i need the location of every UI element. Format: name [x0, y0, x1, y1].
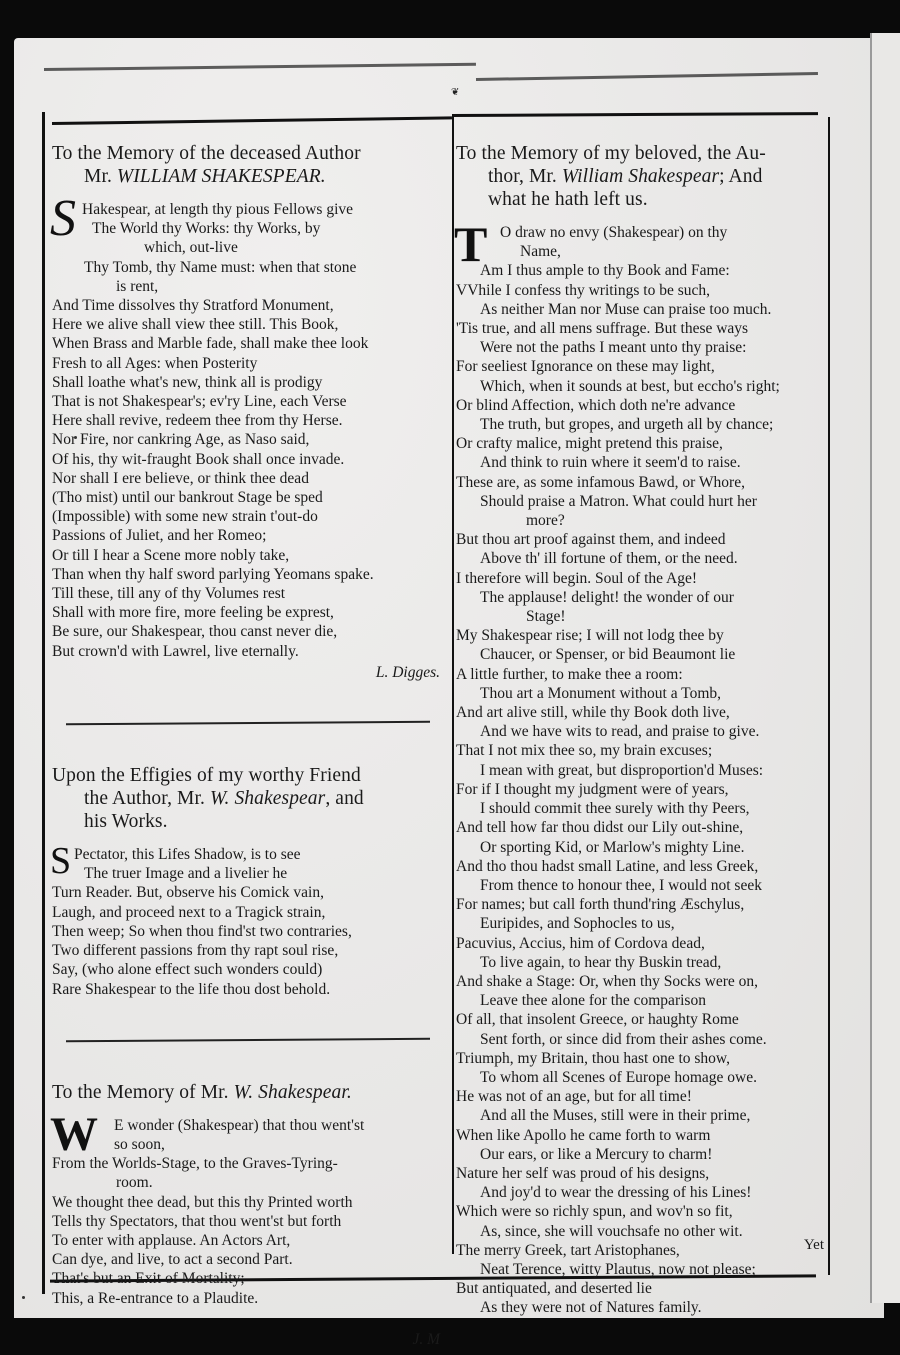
verse-line: Or blind Affection, which doth ne're adv…: [456, 396, 828, 415]
verse-line: Of all, that insolent Greece, or haughty…: [456, 1010, 828, 1029]
verse-line: This, a Re-entrance to a Plaudite.: [52, 1289, 444, 1308]
scan-speck: [74, 436, 77, 439]
verse-line: And Time dissolves thy Stratford Monumen…: [52, 296, 444, 315]
poem-title: To the Memory of Mr. W. Shakespear.: [52, 1081, 444, 1104]
author-name: W. Shakespear: [210, 788, 325, 809]
verse-line: The World thy Works: thy Works, by: [52, 219, 444, 238]
title-line: the Author, Mr. W. Shakespear, and: [52, 787, 444, 810]
verse-line: Nor shall I ere believe, or think thee d…: [52, 469, 444, 488]
verse-line: room.: [52, 1173, 444, 1192]
verse-line: From the Worlds-Stage, to the Graves-Tyr…: [52, 1154, 444, 1173]
frame-top-rule-right: [452, 112, 818, 117]
verse-line: Or sporting Kid, or Marlow's mighty Line…: [456, 838, 828, 857]
verse-line: Or till I hear a Scene more nobly take,: [52, 546, 444, 565]
verse-line: And tho thou hadst small Latine, and les…: [456, 857, 828, 876]
verse-line: A little further, to make thee a room:: [456, 665, 828, 684]
section-divider: [66, 1037, 430, 1042]
poem-effigies: Upon the Effigies of my worthy Friend th…: [52, 764, 444, 999]
verse-line: These are, as some infamous Bawd, or Who…: [456, 473, 828, 492]
verse-line: Two different passions from thy rapt sou…: [52, 941, 444, 960]
poem-digges: To the Memory of the deceased Author Mr.…: [52, 142, 444, 682]
verse-line: Nature her self was proud of his designs…: [456, 1164, 828, 1183]
title-line: To the Memory of the deceased Author: [52, 143, 361, 164]
verse-line: For seeliest Ignorance on these may ligh…: [456, 357, 828, 376]
verse-line: The truer Image and a livelier he: [52, 864, 444, 883]
verse-line: As neither Man nor Muse can praise too m…: [456, 300, 828, 319]
verse-line: Here we alive shall view thee still. Thi…: [52, 315, 444, 334]
verse-line: Chaucer, or Spenser, or bid Beaumont lie: [456, 645, 828, 664]
verse-line: Can dye, and live, to act a second Part.: [52, 1250, 444, 1269]
poem-title: To the Memory of the deceased Author Mr.…: [52, 142, 444, 188]
poem-body: W E wonder (Shakespear) that thou went's…: [52, 1116, 444, 1349]
poem-jm: To the Memory of Mr. W. Shakespear. W E …: [52, 1081, 444, 1349]
verse-line: Laugh, and proceed next to a Tragick str…: [52, 903, 444, 922]
verse-line: Say, (who alone effect such wonders coul…: [52, 960, 444, 979]
verse-line: Be sure, our Shakespear, thou canst neve…: [52, 622, 444, 641]
verse-line: Above th' ill fortune of them, or the ne…: [456, 549, 828, 568]
verse-line: Euripides, and Sophocles to us,: [456, 914, 828, 933]
verse-line: And tell how far thou didst our Lily out…: [456, 818, 828, 837]
verse-line: so soon,: [52, 1135, 444, 1154]
verse-line: E wonder (Shakespear) that thou went'st: [52, 1116, 444, 1135]
verse-line: To enter with applause. An Actors Art,: [52, 1231, 444, 1250]
verse-line: And think to ruin where it seem'd to rai…: [456, 453, 828, 472]
verse-line: VVhile I confess thy writings to be such…: [456, 281, 828, 300]
verse-line: And we have wits to read, and praise to …: [456, 722, 828, 741]
verse-line: I mean with great, but disproportion'd M…: [456, 761, 828, 780]
verse-line: But thou art proof against them, and ind…: [456, 530, 828, 549]
verse-line: is rent,: [52, 277, 444, 296]
verse-line: 'Tis true, and all mens suffrage. But th…: [456, 319, 828, 338]
verse-line: I should commit thee surely with thy Pee…: [456, 799, 828, 818]
verse-line: Pacuvius, Accius, him of Cordova dead,: [456, 934, 828, 953]
ornament-icon: ❦: [451, 87, 459, 98]
verse-line: Which were so richly spun, and wov'n so …: [456, 1202, 828, 1221]
verse-line: (Tho mist) until our bankrout Stage be s…: [52, 488, 444, 507]
section-divider: [66, 721, 430, 726]
verse-line: Were not the paths I meant unto thy prai…: [456, 338, 828, 357]
verse-line: Till these, till any of thy Volumes rest: [52, 584, 444, 603]
verse-line: Leave thee alone for the comparison: [456, 991, 828, 1010]
dropcap-letter: S: [50, 843, 71, 879]
verse-line: For if I thought my judgment were of yea…: [456, 780, 828, 799]
verse-line: That's but an Exit of Mortality;: [52, 1269, 444, 1288]
verse-line: Here shall revive, redeem thee from thy …: [52, 411, 444, 430]
verse-line: But antiquated, and deserted lie: [456, 1279, 828, 1298]
verse-line: Nor Fire, nor cankring Age, as Naso said…: [52, 430, 444, 449]
poem-title: To the Memory of my beloved, the Au- tho…: [456, 142, 828, 211]
author-name: WILLIAM SHAKESPEAR.: [117, 166, 326, 187]
verse-line: As they were not of Natures family.: [456, 1298, 828, 1317]
verse-line: And joy'd to wear the dressing of his Li…: [456, 1183, 828, 1202]
verse-line: Passions of Juliet, and her Romeo;: [52, 526, 444, 545]
verse-line: We thought thee dead, but this thy Print…: [52, 1193, 444, 1212]
verse-line: Thy Tomb, thy Name must: when that stone: [52, 258, 444, 277]
left-column: To the Memory of the deceased Author Mr.…: [52, 142, 444, 1349]
page-edge: [870, 33, 900, 1303]
verse-line: I therefore will begin. Soul of the Age!: [456, 569, 828, 588]
verse-line: Stage!: [456, 607, 828, 626]
verse-line: Fresh to all Ages: when Posterity: [52, 354, 444, 373]
verse-line: Rare Shakespear to the life thou dost be…: [52, 980, 444, 999]
verse-line: Pectator, this Lifes Shadow, is to see: [52, 845, 444, 864]
verse-line: Shall loathe what's new, think all is pr…: [52, 373, 444, 392]
verse-line: That is not Shakespear's; ev'ry Line, ea…: [52, 392, 444, 411]
verse-line: Turn Reader. But, observe his Comick vai…: [52, 883, 444, 902]
verse-line: Name,: [456, 242, 828, 261]
verse-line: more?: [456, 511, 828, 530]
poem-title: Upon the Effigies of my worthy Friend th…: [52, 764, 444, 833]
poem-body: S Pectator, this Lifes Shadow, is to see…: [52, 845, 444, 999]
verse-line: And shake a Stage: Or, when thy Socks we…: [456, 972, 828, 991]
verse-line: For names; but call forth thund'ring Æsc…: [456, 895, 828, 914]
signature: J. M: [52, 1330, 444, 1349]
verse-line: The truth, but gropes, and urgeth all by…: [456, 415, 828, 434]
frame-right-border: [828, 117, 830, 1275]
title-line: Upon the Effigies of my worthy Friend: [52, 765, 361, 786]
title-line: To the Memory of my beloved, the Au-: [456, 143, 766, 164]
verse-line: And art alive still, while thy Book doth…: [456, 703, 828, 722]
verse-line: And all the Muses, still were in their p…: [456, 1106, 828, 1125]
verse-line: Our ears, or like a Mercury to charm!: [456, 1145, 828, 1164]
verse-line: From thence to honour thee, I would not …: [456, 876, 828, 895]
dropcap-letter: T: [454, 223, 487, 265]
verse-line: To whom all Scenes of Europe homage owe.: [456, 1068, 828, 1087]
title-line: Mr. WILLIAM SHAKESPEAR.: [52, 165, 444, 188]
verse-line: The applause! delight! the wonder of our: [456, 588, 828, 607]
title-line: thor, Mr. William Shakespear; And: [456, 165, 828, 188]
verse-line: O draw no envy (Shakespear) on thy: [456, 223, 828, 242]
frame-top-rule-left: [52, 116, 452, 125]
scan-speck: [22, 1296, 25, 1299]
verse-line: The merry Greek, tart Aristophanes,: [456, 1241, 828, 1260]
verse-line: Should praise a Matron. What could hurt …: [456, 492, 828, 511]
verse-line: That I not mix thee so, my brain excuses…: [456, 741, 828, 760]
verse-line: Then weep; So when thou find'st two cont…: [52, 922, 444, 941]
dropcap-letter: S: [50, 198, 76, 240]
column-divider: [452, 114, 454, 1254]
author-name: William Shakespear: [562, 166, 719, 187]
verse-line: Hakespear, at length thy pious Fellows g…: [52, 200, 444, 219]
verse-line: My Shakespear rise; I will not lodg thee…: [456, 626, 828, 645]
right-column: To the Memory of my beloved, the Au- tho…: [456, 142, 828, 1318]
poem-body: S Hakespear, at length thy pious Fellows…: [52, 200, 444, 682]
verse-line: As, since, she will vouchsafe no other w…: [456, 1222, 828, 1241]
title-line: what he hath left us.: [456, 188, 828, 211]
frame-left-border: [42, 112, 45, 1294]
verse-line: But crown'd with Lawrel, live eternally.: [52, 642, 444, 661]
catchword: Yet: [804, 1237, 824, 1254]
poem-body: T O draw no envy (Shakespear) on thyName…: [456, 223, 828, 1318]
verse-line: When Brass and Marble fade, shall make t…: [52, 334, 444, 353]
verse-line: Am I thus ample to thy Book and Fame:: [456, 261, 828, 280]
text-frame: To the Memory of the deceased Author Mr.…: [42, 112, 830, 1294]
verse-line: To live again, to hear thy Buskin tread,: [456, 953, 828, 972]
author-name: W. Shakespear.: [234, 1082, 352, 1103]
poem-jonson: To the Memory of my beloved, the Au- tho…: [456, 142, 828, 1318]
verse-line: Sent forth, or since did from their ashe…: [456, 1030, 828, 1049]
verse-line: Or crafty malice, might pretend this pra…: [456, 434, 828, 453]
verse-line: Shall with more fire, more feeling be ex…: [52, 603, 444, 622]
verse-line: He was not of an age, but for all time!: [456, 1087, 828, 1106]
verse-line: Which, when it sounds at best, but eccho…: [456, 377, 828, 396]
verse-line: Than when thy half sword parlying Yeoman…: [52, 565, 444, 584]
verse-line: which, out-live: [52, 238, 444, 257]
verse-line: Triumph, my Britain, thou hast one to sh…: [456, 1049, 828, 1068]
dropcap-letter: W: [50, 1114, 98, 1156]
verse-line: When like Apollo he came forth to warm: [456, 1126, 828, 1145]
verse-line: Tells thy Spectators, that thou went'st …: [52, 1212, 444, 1231]
verse-line: (Impossible) with some new strain t'out-…: [52, 507, 444, 526]
signature: L. Digges.: [52, 663, 444, 682]
verse-line: Neat Terence, witty Plautus, now not ple…: [456, 1260, 828, 1279]
verse-line: Thou art a Monument without a Tomb,: [456, 684, 828, 703]
verse-line: Of his, thy wit-fraught Book shall once …: [52, 450, 444, 469]
title-line: his Works.: [52, 810, 444, 833]
